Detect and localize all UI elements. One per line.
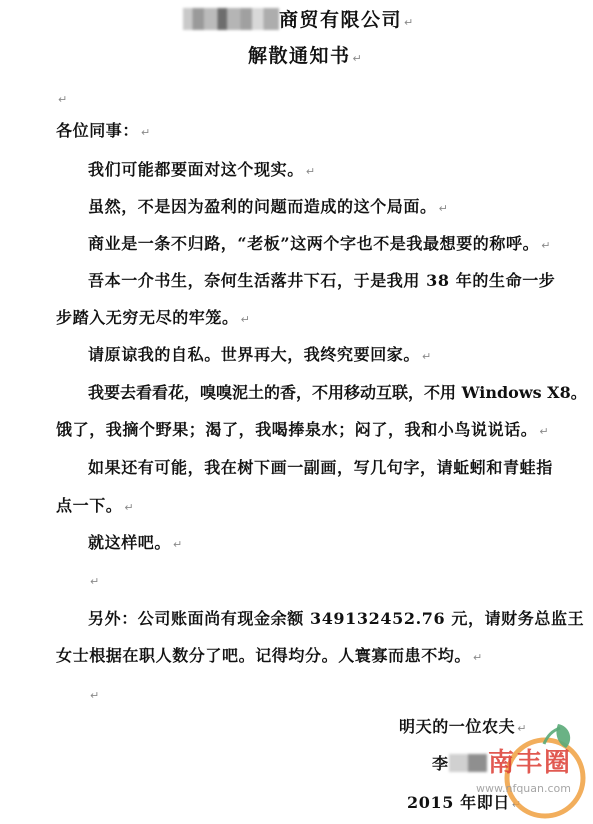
paragraph-mark-icon: ↵ [90, 689, 100, 702]
paragraph-mark-icon: ↵ [439, 202, 449, 215]
paragraph-mark-icon: ↵ [90, 575, 100, 588]
document-page: 商贸有限公司↵ 解散通知书↵ ↵ 各位同事：↵ 我们可能都要面对这个现实。↵ 虽… [0, 0, 593, 824]
paragraph-mark-icon: ↵ [124, 501, 134, 514]
paragraph-mark-icon: ↵ [141, 126, 151, 139]
empty-paragraph: ↵ [88, 684, 100, 706]
document-title: 解散通知书↵ [248, 46, 363, 69]
watermark-brand: 南丰圈 [488, 742, 572, 779]
paragraph-6-line-2: 饿了，我摘个野果；渴了，我喝捧泉水；闷了，我和小鸟说说话。↵ [56, 420, 549, 442]
paragraph-mark-icon: ↵ [58, 93, 68, 106]
paragraph-3: 商业是一条不归路，“老板”这两个字也不是我最想要的称呼。↵ [88, 234, 551, 256]
paragraph-9-line-1: 另外：公司账面尚有现金余额 349132452.76 元，请财务总监王 [88, 609, 584, 629]
paragraph-mark-icon: ↵ [241, 313, 251, 326]
paragraph-4-line-2: 步踏入无穷无尽的牢笼。↵ [56, 308, 250, 330]
empty-paragraph: ↵ [88, 570, 100, 592]
redacted-name [449, 754, 487, 772]
empty-paragraph: ↵ [56, 88, 68, 110]
paragraph-mark-icon: ↵ [173, 538, 183, 551]
signature-name: 李 [432, 754, 487, 774]
paragraph-7-line-1: 如果还有可能，我在树下画一副画，写几句字，请蚯蚓和青蛙指 [88, 458, 553, 478]
paragraph-mark-icon: ↵ [541, 239, 551, 252]
paragraph-mark-icon: ↵ [404, 16, 415, 29]
paragraph-8: 就这样吧。↵ [88, 533, 183, 555]
paragraph-9-line-2: 女士根据在职人数分了吧。记得均分。人寰寡而患不均。↵ [56, 646, 483, 668]
paragraph-mark-icon: ↵ [353, 52, 364, 65]
paragraph-5: 请原谅我的自私。世界再大，我终究要回家。↵ [88, 345, 432, 367]
paragraph-7-line-2: 点一下。↵ [56, 496, 134, 518]
paragraph-6-line-1: 我要去看看花，嗅嗅泥土的香，不用移动互联，不用 Windows X8。 [88, 383, 587, 403]
paragraph-1: 我们可能都要面对这个现实。↵ [88, 160, 316, 182]
paragraph-mark-icon: ↵ [539, 425, 549, 438]
paragraph-mark-icon: ↵ [517, 722, 527, 735]
signature-date: 2015 年即日↵ [407, 793, 522, 815]
salutation: 各位同事：↵ [56, 121, 151, 143]
company-name: 商贸有限公司↵ [183, 8, 415, 33]
paragraph-mark-icon: ↵ [473, 651, 483, 664]
paragraph-mark-icon: ↵ [422, 350, 432, 363]
redacted-company-prefix [183, 8, 279, 30]
paragraph-mark-icon: ↵ [512, 798, 522, 811]
signature-line: 明天的一位农夫↵ [399, 717, 527, 739]
paragraph-2: 虽然，不是因为盈利的问题而造成的这个局面。↵ [88, 197, 448, 219]
paragraph-mark-icon: ↵ [306, 165, 316, 178]
paragraph-4-line-1: 吾本一介书生，奈何生活落井下石，于是我用 38 年的生命一步 [88, 271, 555, 291]
